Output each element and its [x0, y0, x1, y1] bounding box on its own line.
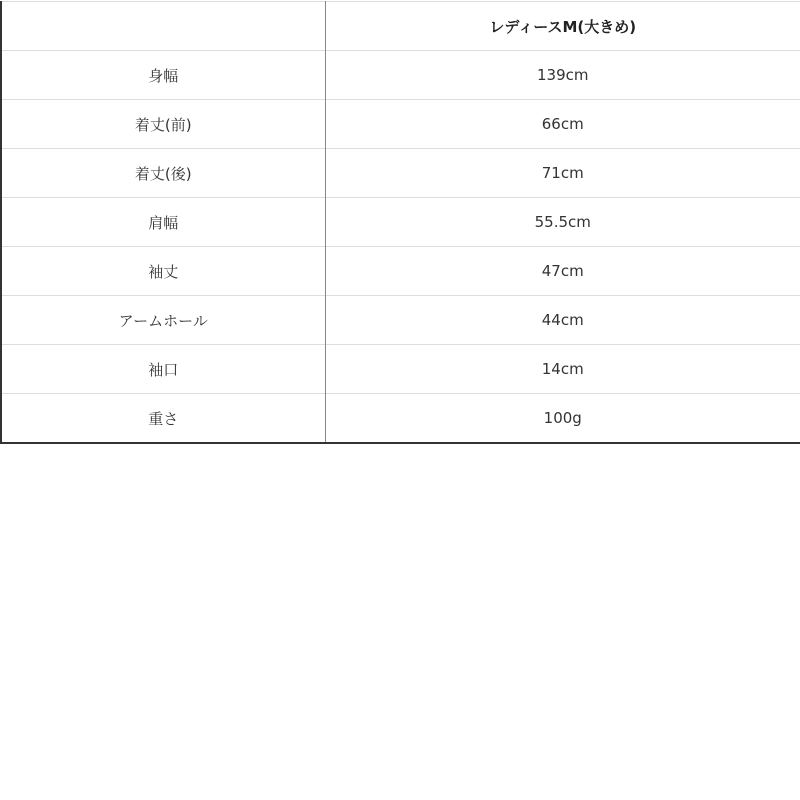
- table-row: 袖口 14cm: [1, 345, 800, 394]
- row-label: 重さ: [1, 394, 325, 444]
- header-row: レディースM(大きめ): [1, 2, 800, 51]
- header-corner-cell: [1, 2, 325, 51]
- row-value: 55.5cm: [325, 198, 800, 247]
- row-label: アームホール: [1, 296, 325, 345]
- row-label: 着丈(前): [1, 100, 325, 149]
- table-row: 着丈(後) 71cm: [1, 149, 800, 198]
- table-row: 身幅 139cm: [1, 51, 800, 100]
- row-value: 71cm: [325, 149, 800, 198]
- row-label: 着丈(後): [1, 149, 325, 198]
- size-column-header: レディースM(大きめ): [325, 2, 800, 51]
- row-value: 44cm: [325, 296, 800, 345]
- size-chart-table: レディースM(大きめ) 身幅 139cm 着丈(前) 66cm 着丈(後) 71…: [0, 1, 800, 444]
- row-value: 14cm: [325, 345, 800, 394]
- table-row: 肩幅 55.5cm: [1, 198, 800, 247]
- row-label: 袖口: [1, 345, 325, 394]
- row-value: 100g: [325, 394, 800, 444]
- table-row: 重さ 100g: [1, 394, 800, 444]
- table-row: アームホール 44cm: [1, 296, 800, 345]
- table-row: 袖丈 47cm: [1, 247, 800, 296]
- row-value: 66cm: [325, 100, 800, 149]
- row-label: 袖丈: [1, 247, 325, 296]
- row-value: 47cm: [325, 247, 800, 296]
- row-label: 身幅: [1, 51, 325, 100]
- table-row: 着丈(前) 66cm: [1, 100, 800, 149]
- row-value: 139cm: [325, 51, 800, 100]
- row-label: 肩幅: [1, 198, 325, 247]
